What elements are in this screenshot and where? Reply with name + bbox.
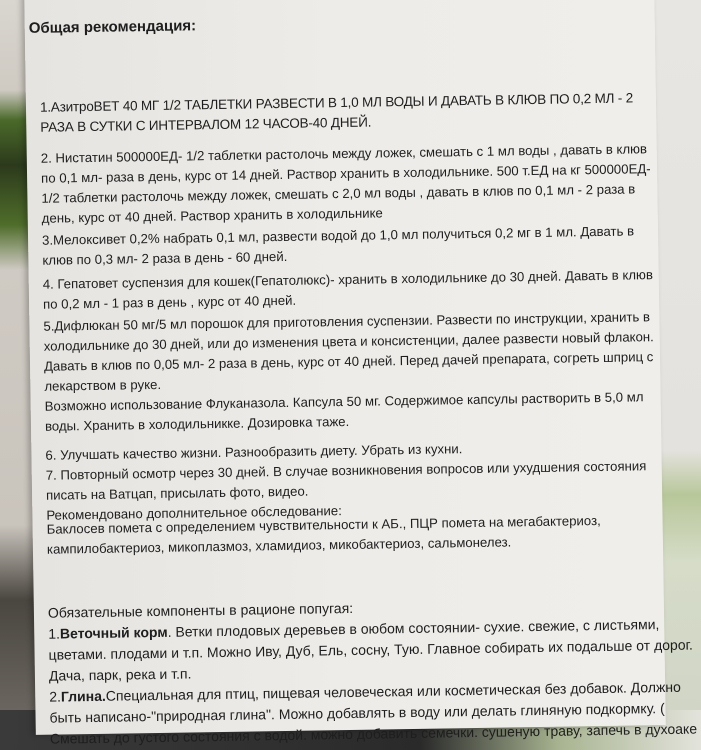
item-2-nystatin: 2. Нистатин 500000ЕД- 1/2 таблетки расто… (41, 139, 662, 229)
additional-tests: Баклосев помета с определением чувствите… (46, 510, 667, 560)
item-1-azitrovet: 1.АзитроВЕТ 40 МГ 1/2 ТАБЛЕТКИ РАЗВЕСТИ … (40, 88, 661, 138)
diet-item-1-title: Веточный корм (60, 624, 168, 642)
item-3-meloxivet: 3.Мелоксивет 0,2% набрать 0,1 мл, развес… (42, 221, 663, 271)
item-5-diflucan: 5.Дифлюкан 50 мг/5 мл порошок для пригот… (43, 307, 665, 437)
diet-section: Обязательные компоненты в рационе попуга… (48, 593, 670, 750)
paper-sheet: Общая рекомендация: 1.АзитроВЕТ 40 МГ 1/… (24, 0, 666, 735)
item-4-hepatovet: 4. Гепатовет суспензия для кошек(Гепатол… (43, 265, 664, 315)
document-title: Общая рекомендация: (29, 16, 197, 39)
diet-item-2-title: Глина. (61, 688, 106, 705)
